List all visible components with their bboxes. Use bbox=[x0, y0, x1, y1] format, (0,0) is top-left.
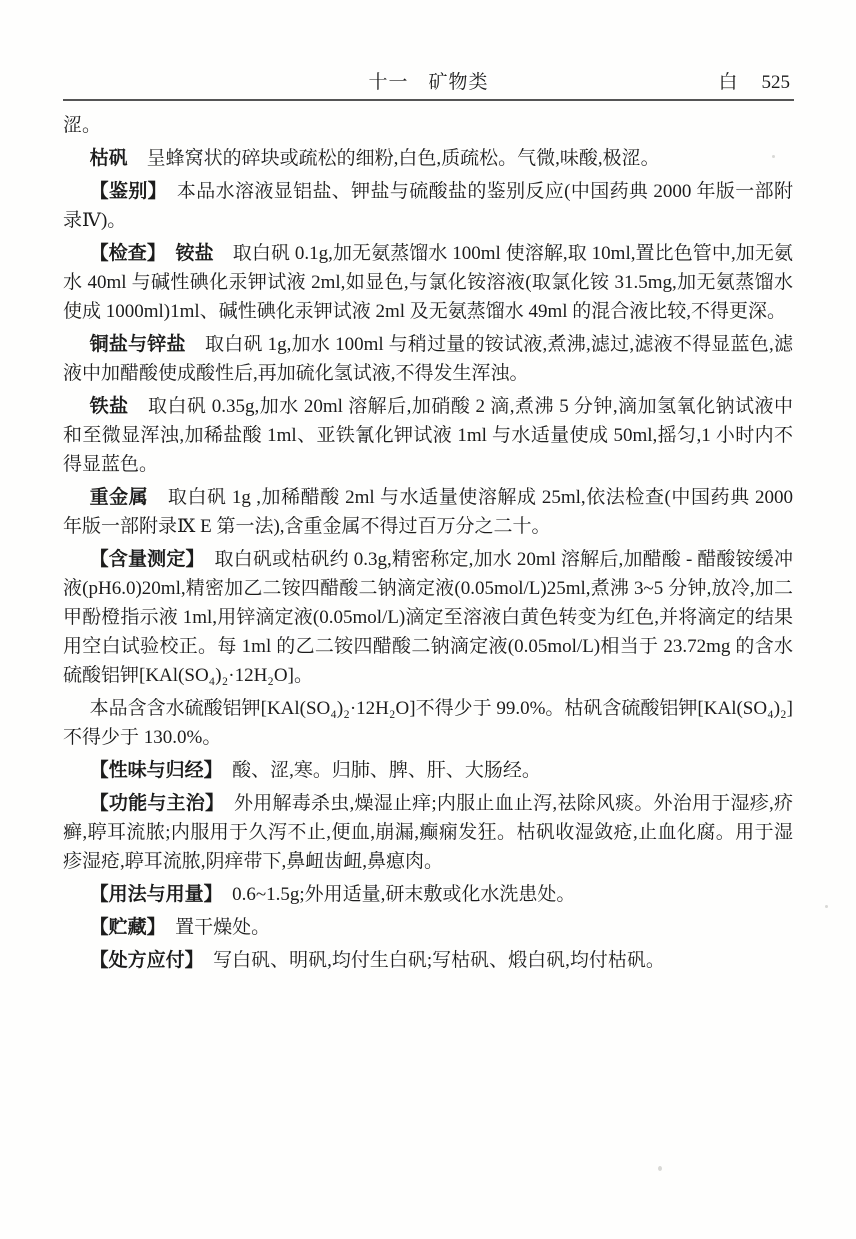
document-page: 十一 矿物类 白525 涩。枯矾 呈蜂窝状的碎块或疏松的细粉,白色,质疏松。气微… bbox=[0, 0, 856, 1239]
document-body: 涩。枯矾 呈蜂窝状的碎块或疏松的细粉,白色,质疏松。气微,味酸,极涩。【鉴别】 … bbox=[63, 111, 793, 975]
scan-speck bbox=[658, 1166, 662, 1171]
bold-term: 铵盐 bbox=[176, 243, 214, 264]
bold-term: 【用法与用量】 bbox=[90, 884, 214, 905]
paragraph: 【处方应付】 写白矾、明矾,均付生白矾;写枯矾、煅白矾,均付枯矾。 bbox=[63, 946, 793, 975]
paragraph: 涩。 bbox=[63, 111, 793, 140]
page-number: 525 bbox=[762, 72, 791, 93]
paragraph: 【功能与主治】 外用解毒杀虫,燥湿止痒;内服止血止泻,祛除风痰。外治用于湿疹,疥… bbox=[63, 789, 793, 876]
text-run: 涩。 bbox=[63, 115, 101, 136]
bold-term: 【功能与主治】 bbox=[90, 793, 215, 814]
text-run: 0.6~1.5g;外用适量,研末敷或化水洗患处。 bbox=[213, 884, 575, 905]
text-run bbox=[156, 243, 175, 264]
text-run: 置干燥处。 bbox=[156, 917, 270, 938]
scan-speck bbox=[772, 155, 775, 158]
text-run: 酸、涩,寒。归肺、脾、肝、大肠经。 bbox=[213, 760, 541, 781]
paragraph: 【用法与用量】 0.6~1.5g;外用适量,研末敷或化水洗患处。 bbox=[63, 880, 793, 909]
bold-term: 【鉴别】 bbox=[90, 181, 158, 202]
paragraph: 重金属 取白矾 1g ,加稀醋酸 2ml 与水适量使溶解成 25ml,依法检查(… bbox=[63, 483, 793, 541]
text-run: 写白矾、明矾,均付生白矾;写枯矾、煅白矾,均付枯矾。 bbox=[194, 950, 665, 971]
text-run: 本品含含水硫酸铝钾[KAl(SO₄)₂·12H₂O]不得少于 99.0%。枯矾含… bbox=[63, 698, 793, 748]
paragraph: 【性味与归经】 酸、涩,寒。归肺、脾、肝、大肠经。 bbox=[63, 756, 793, 785]
page-header: 十一 矿物类 白525 bbox=[63, 67, 794, 93]
text-run: 本品水溶液显铝盐、钾盐与硫酸盐的鉴别反应(中国药典 2000 年版一部附录Ⅳ)。 bbox=[63, 181, 793, 231]
paragraph: 【鉴别】 本品水溶液显铝盐、钾盐与硫酸盐的鉴别反应(中国药典 2000 年版一部… bbox=[63, 177, 793, 235]
bold-term: 【性味与归经】 bbox=[90, 760, 214, 781]
bold-term: 【处方应付】 bbox=[90, 950, 195, 971]
text-run: 呈蜂窝状的碎块或疏松的细粉,白色,质疏松。气微,味酸,极涩。 bbox=[128, 148, 660, 169]
running-head-word: 白 bbox=[718, 72, 737, 93]
page-folio: 白525 bbox=[718, 67, 790, 94]
paragraph: 【检查】 铵盐 取白矾 0.1g,加无氨蒸馏水 100ml 使溶解,取 10ml… bbox=[63, 239, 793, 326]
text-run: 取白矾 1g ,加稀醋酸 2ml 与水适量使溶解成 25ml,依法检查(中国药典… bbox=[63, 487, 793, 537]
paragraph: 【含量测定】 取白矾或枯矾约 0.3g,精密称定,加水 20ml 溶解后,加醋酸… bbox=[63, 545, 793, 690]
header-rule bbox=[63, 99, 794, 101]
bold-term: 重金属 bbox=[90, 487, 149, 508]
paragraph: 本品含含水硫酸铝钾[KAl(SO₄)₂·12H₂O]不得少于 99.0%。枯矾含… bbox=[63, 694, 793, 752]
bold-term: 【含量测定】 bbox=[90, 549, 196, 570]
bold-term: 铜盐与锌盐 bbox=[90, 334, 186, 355]
paragraph: 铁盐 取白矾 0.35g,加水 20ml 溶解后,加硝酸 2 滴,煮沸 5 分钟… bbox=[63, 392, 793, 479]
bold-term: 枯矾 bbox=[90, 148, 128, 169]
paragraph: 【贮藏】 置干燥处。 bbox=[63, 913, 793, 942]
bold-term: 【贮藏】 bbox=[90, 917, 157, 938]
paragraph: 枯矾 呈蜂窝状的碎块或疏松的细粉,白色,质疏松。气微,味酸,极涩。 bbox=[63, 144, 793, 173]
bold-term: 铁盐 bbox=[90, 396, 129, 417]
bold-term: 【检查】 bbox=[90, 243, 157, 264]
scan-speck bbox=[825, 905, 828, 908]
chapter-title: 十一 矿物类 bbox=[63, 67, 794, 94]
paragraph: 铜盐与锌盐 取白矾 1g,加水 100ml 与稍过量的铵试液,煮沸,滤过,滤液不… bbox=[63, 330, 793, 388]
text-run: 取白矾 0.35g,加水 20ml 溶解后,加硝酸 2 滴,煮沸 5 分钟,滴加… bbox=[63, 396, 793, 475]
